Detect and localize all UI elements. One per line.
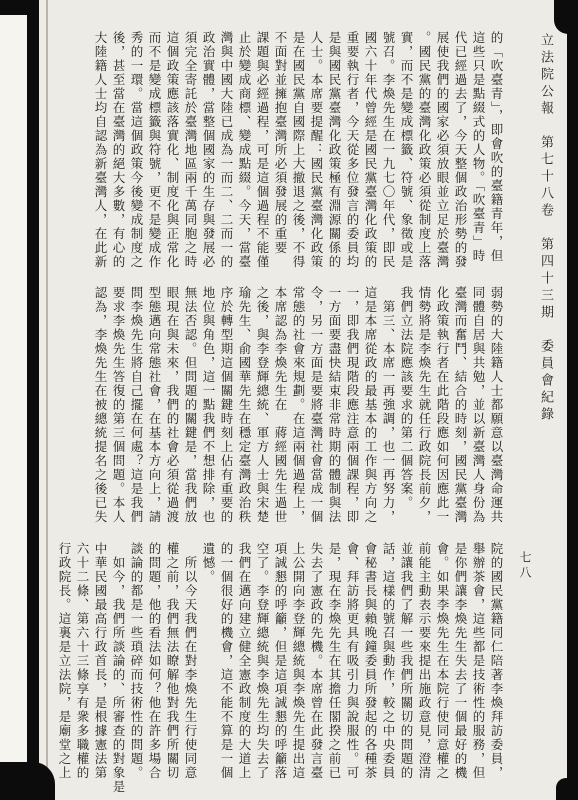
text-column: 情勢將是李煥先生就任行政院長前夕， xyxy=(415,286,433,540)
text-column: 化政策執行者在此階段應如何因應此一 xyxy=(433,286,451,540)
text-column: 會。如果李煥先生在本院行使同意權之 xyxy=(433,542,451,796)
text-column: 這些只是點綴式的人物。「吹臺青」時 xyxy=(469,31,487,285)
text-column: 話，這樣的號召與動作，較之中央委員 xyxy=(379,542,397,796)
scan-corner-bottom-right xyxy=(556,778,578,800)
text-column: 上公開向李登輝總統與李煥先生提出這 xyxy=(289,542,307,796)
scan-edge-bar-right xyxy=(567,0,578,800)
text-column: 是在國民黨自國際上大撤退之後，不得 xyxy=(289,31,307,285)
text-column: 秀的一環。當這個政策今後變成制度之 xyxy=(127,31,145,285)
text-register-top: 的「吹臺青」，即會吹的臺籍青年，但這些只是點綴式的人物。「吹臺青」時代已經過去了… xyxy=(91,31,505,285)
text-column: 會、拜訪將更具有吸引力與說服性。可 xyxy=(343,542,361,796)
text-column: 序於轉型期這個關鍵時刻上佔有重要的 xyxy=(217,286,235,540)
gazette-header: 立法院公報 第七十八卷 第四十三期 委員會紀錄 xyxy=(537,33,556,453)
text-column: 地位與角色，這一點我們不想排除，也 xyxy=(199,286,217,540)
text-column: 課題與必經過程，可是這個過程不能僅 xyxy=(253,31,271,285)
page-number: 七八 xyxy=(517,551,534,581)
text-register-bottom: 院的國民黨籍同仁陪著李煥拜訪委員，舉辦茶會，這些都是技術性的服務，但是你們讓李煥… xyxy=(55,542,505,796)
text-column: 這是本席從政的最基本的工作與方向之 xyxy=(361,286,379,540)
scan-corner-top-left xyxy=(0,0,28,15)
text-column: 會秘書長與賴晚鐘委員所發起的各種茶 xyxy=(361,542,379,796)
text-column: 的問題，他的看法如何？他在許多場合 xyxy=(145,542,163,796)
text-column: 失去了憲政的先機。本席曾在此發言臺 xyxy=(307,542,325,796)
scan-corner-top-right xyxy=(554,0,578,34)
text-column: 舉辦茶會，這些都是技術性的服務，但 xyxy=(469,542,487,796)
text-column: 。國民黨的臺灣化政策必須從制度上落 xyxy=(415,31,433,285)
text-column: 一方面要盡快結束非常時期的體制與法 xyxy=(325,286,343,540)
text-column: 型態邁向常態社會，在基本方向上，請 xyxy=(145,286,163,540)
text-column: 問李煥先生將自己擺在何處？這是我們 xyxy=(127,286,145,540)
text-column: 前能主動表示要來提出施政意見，澄清 xyxy=(415,542,433,796)
text-column: 我們在邁向建立健全憲政制度的大道上 xyxy=(235,542,253,796)
text-column: 行政院長。這裏是立法院，是廟堂之上 xyxy=(55,542,73,796)
text-column: 要求李煥先生答復的第三個問題。本人 xyxy=(109,286,127,540)
text-column: 展使我們的國家必須放眼並立足於臺灣 xyxy=(433,31,451,285)
text-column: 如今，我們所談論的、所審查的對象是 xyxy=(109,542,127,796)
scan-edge-bar-left xyxy=(27,0,39,800)
text-column: 弱勢的大陸籍人士都願意以臺灣命運共 xyxy=(487,286,505,540)
text-column: 代已經過去了，今天整個政治形勢的發 xyxy=(451,31,469,285)
text-column: 大陸籍人士均自認為新臺灣人，在此新 xyxy=(91,31,109,285)
text-column: 所以今天我們在對李煥先生行使同意 xyxy=(181,542,199,796)
text-column: 國六十年代曾經是國民黨臺灣化政策的 xyxy=(361,31,379,285)
text-column: 的一個很好的機會，這不能不算是一個 xyxy=(217,542,235,796)
text-column: 項誠懇的呼籲，但是這項誠懇的呼籲落 xyxy=(271,542,289,796)
text-column: 我們立法院應該要求的第二個答案。 xyxy=(397,286,415,540)
text-column: 遺憾。 xyxy=(199,542,217,796)
text-column: 止於變成商標、變成點綴。今天，當臺 xyxy=(235,31,253,285)
text-column: 重要執行者，今天從多位發言的委員均 xyxy=(343,31,361,285)
text-column: 不面對並擁抱臺灣所必須發展的重要 xyxy=(271,31,289,285)
text-column: 令，另一方面是要將臺灣社會當成一個 xyxy=(307,286,325,540)
text-column: 灣與中國大陸已成為一而二、二而一的 xyxy=(217,31,235,285)
text-column: 談論的都是一些瑣碎而技術性的問題。 xyxy=(127,542,145,796)
text-column: 臺灣而奮鬥、結合的時刻，國民黨臺灣 xyxy=(451,286,469,540)
text-column: 第三、本席一再強調，也一再努力， xyxy=(379,286,397,540)
scan-fold-line xyxy=(46,0,48,800)
text-column: 空了。李登輝總統與李煥先生均失去了 xyxy=(253,542,271,796)
text-column: 人士。本席要提醒：國民黨臺灣化政策 xyxy=(307,31,325,285)
text-column: 權之前，我們無法瞭解他對我們所關切 xyxy=(163,542,181,796)
scanned-gazette-page: 立法院公報 第七十八卷 第四十三期 委員會紀錄 七八 的「吹臺青」，即會吹的臺籍… xyxy=(0,0,578,800)
text-column: 須完全寄託於臺灣地區兩千萬同胞之時 xyxy=(181,31,199,285)
text-column: 是，現在李煥先生在其擔任閣揆之前已 xyxy=(325,542,343,796)
scan-corner-bottom-left xyxy=(0,762,55,800)
text-column: 一，即我們現階段應注意兩個課程，即 xyxy=(343,286,361,540)
text-column: 的「吹臺青」，即會吹的臺籍青年，但 xyxy=(487,31,505,285)
text-column: 後，甚至當在臺灣的絕大多數，有心的 xyxy=(109,31,127,285)
text-column: 中華民國最高行政首長，是根據憲法第 xyxy=(91,542,109,796)
text-column: 無法否認。但問題的關鍵是，當我們放 xyxy=(181,286,199,540)
text-column: 是你們讓李煥先生失去了一個最好的機 xyxy=(451,542,469,796)
text-column: 本席認為李煥先生在 蔣經國先生過世 xyxy=(271,286,289,540)
text-column: 之後，與李登輝總統、軍方人士與宋楚 xyxy=(253,286,271,540)
text-column: 六十二條、第六十三條享有衆多職權的 xyxy=(73,542,91,796)
text-column: 常態的社會來規劃。在這兩個過程上， xyxy=(289,286,307,540)
text-column: 同體自居與共勉，並以新臺灣人身份為 xyxy=(469,286,487,540)
text-column: 實，而不是變成標籤、符號、象徵或是 xyxy=(397,31,415,285)
scan-left-margin xyxy=(0,0,27,800)
text-column: 這個政策應該落實化、制度化與正常化 xyxy=(163,31,181,285)
text-column: 政治實體，當整個國家的生存與發展必 xyxy=(199,31,217,285)
text-column: 而不是變成標籤與符號，更不是變成作 xyxy=(145,31,163,285)
text-column: 眼現在與未來，我們的社會必須從過渡 xyxy=(163,286,181,540)
text-column: 號召。李煥先生在一九七〇年代，即民 xyxy=(379,31,397,285)
text-column: 是與國民黨臺灣化政策極有淵源關係的 xyxy=(325,31,343,285)
text-column: 並讓我們了解一些我們所關切的問題的 xyxy=(397,542,415,796)
text-register-middle: 弱勢的大陸籍人士都願意以臺灣命運共同體自居與共勉，並以新臺灣人身份為臺灣而奮鬥、… xyxy=(91,286,505,540)
text-column: 瑜先生、俞國華先生在穩定臺灣政治秩 xyxy=(235,286,253,540)
text-column: 認為，李煥先生在被總統提名之後已失 xyxy=(91,286,109,540)
text-column: 院的國民黨籍同仁陪著李煥拜訪委員， xyxy=(487,542,505,796)
